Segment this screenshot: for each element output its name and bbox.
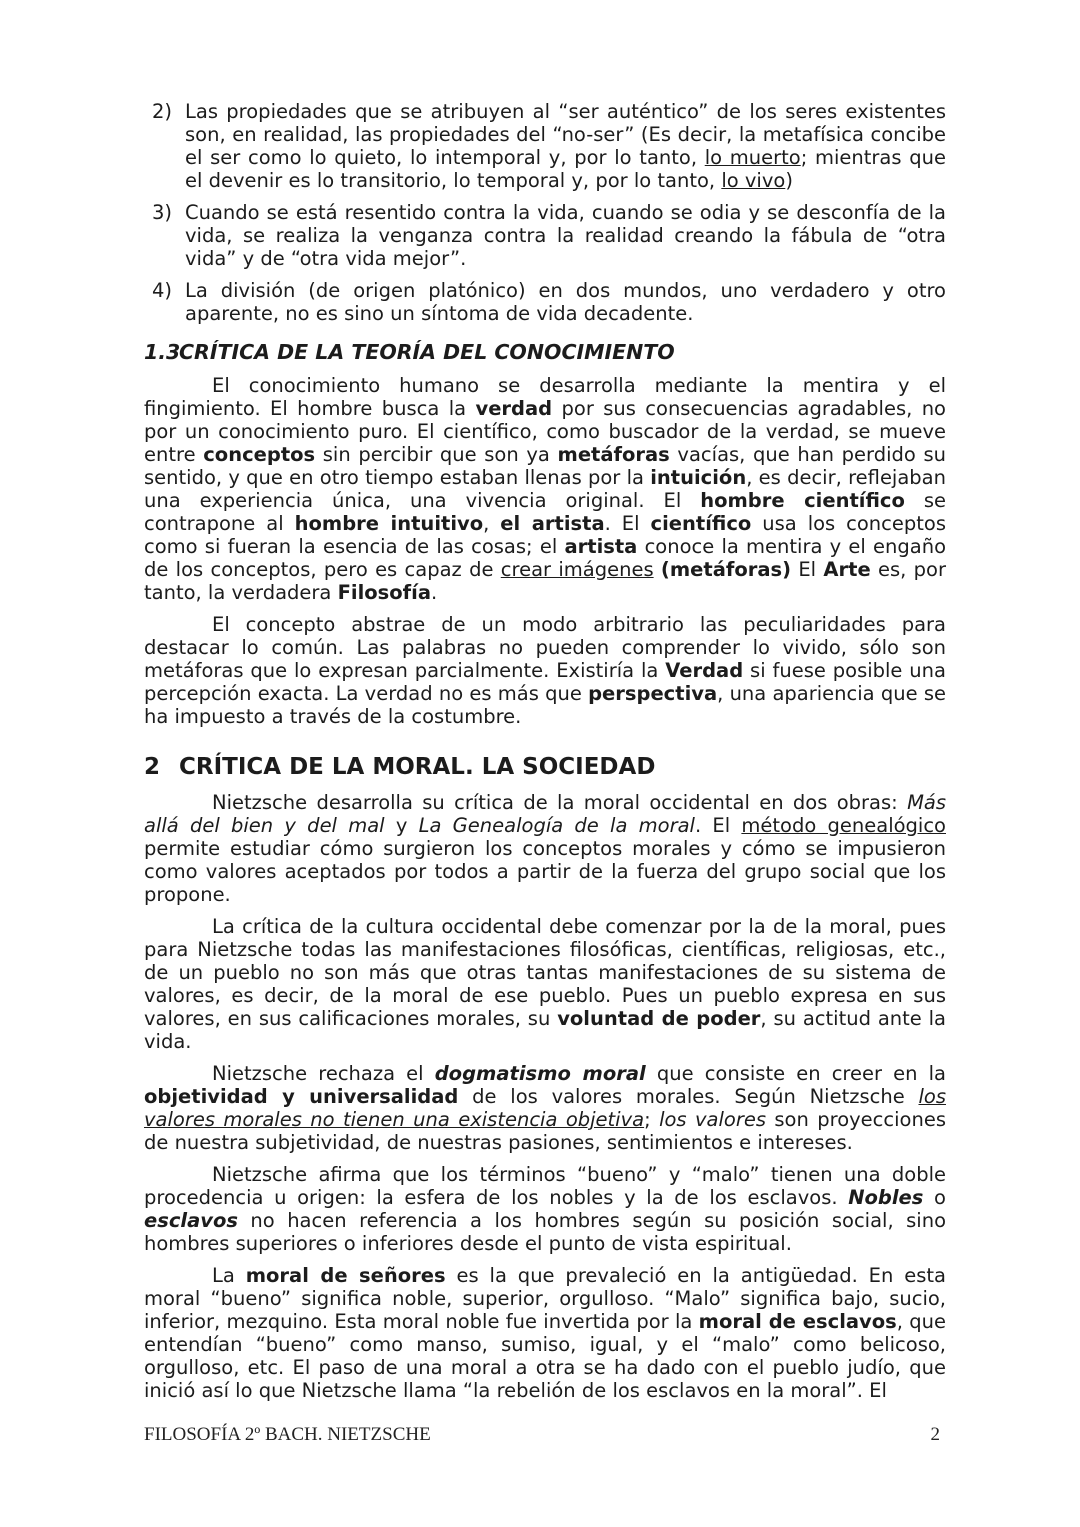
paragraph-moral-3: Nietzsche rechaza el dogmatismo moral qu… bbox=[144, 1062, 946, 1154]
paragraph-moral-1: Nietzsche desarrolla su crítica de la mo… bbox=[144, 791, 946, 906]
paragraph-conocimiento-2: El concepto abstrae de un modo arbitrari… bbox=[144, 613, 946, 728]
list-item-4-text: La división (de origen platónico) en dos… bbox=[185, 279, 946, 325]
section-heading-2-title: CRÍTICA DE LA MORAL. LA SOCIEDAD bbox=[179, 754, 655, 780]
paragraph-moral-5: La moral de señores es la que prevaleció… bbox=[144, 1264, 946, 1402]
paragraph-conocimiento-1: El conocimiento humano se desarrolla med… bbox=[144, 374, 946, 604]
page-content: 2) Las propiedades que se atribuyen al “… bbox=[144, 0, 946, 1402]
list-item-4: 4) La división (de origen platónico) en … bbox=[144, 279, 946, 325]
list-item-2-text: Las propiedades que se atribuyen al “ser… bbox=[185, 100, 946, 192]
list-item-4-number: 4) bbox=[152, 279, 172, 302]
section-heading-2: 2CRÍTICA DE LA MORAL. LA SOCIEDAD bbox=[144, 752, 946, 782]
list-item-3-number: 3) bbox=[152, 201, 172, 224]
section-heading-1-3-title: CRÍTICA DE LA TEORÍA DEL CONOCIMIENTO bbox=[179, 340, 675, 364]
page-footer: FILOSOFÍA 2º BACH. NIETZSCHE 2 bbox=[144, 1424, 940, 1446]
list-item-2-number: 2) bbox=[152, 100, 172, 123]
footer-page-number: 2 bbox=[931, 1424, 941, 1446]
section-heading-2-number: 2 bbox=[144, 752, 179, 782]
paragraph-moral-2: La crítica de la cultura occidental debe… bbox=[144, 915, 946, 1053]
list-item-3: 3) Cuando se está resentido contra la vi… bbox=[144, 201, 946, 270]
paragraph-moral-4: Nietzsche afirma que los términos “bueno… bbox=[144, 1163, 946, 1255]
list-item-2: 2) Las propiedades que se atribuyen al “… bbox=[144, 100, 946, 192]
section-heading-1-3-number: 1.3 bbox=[144, 339, 179, 365]
footer-course-label: FILOSOFÍA 2º BACH. NIETZSCHE bbox=[144, 1424, 431, 1446]
list-item-3-text: Cuando se está resentido contra la vida,… bbox=[185, 201, 946, 270]
document-page: 2) Las propiedades que se atribuyen al “… bbox=[0, 0, 1080, 1527]
section-heading-1-3: 1.3CRÍTICA DE LA TEORÍA DEL CONOCIMIENTO bbox=[144, 339, 946, 365]
